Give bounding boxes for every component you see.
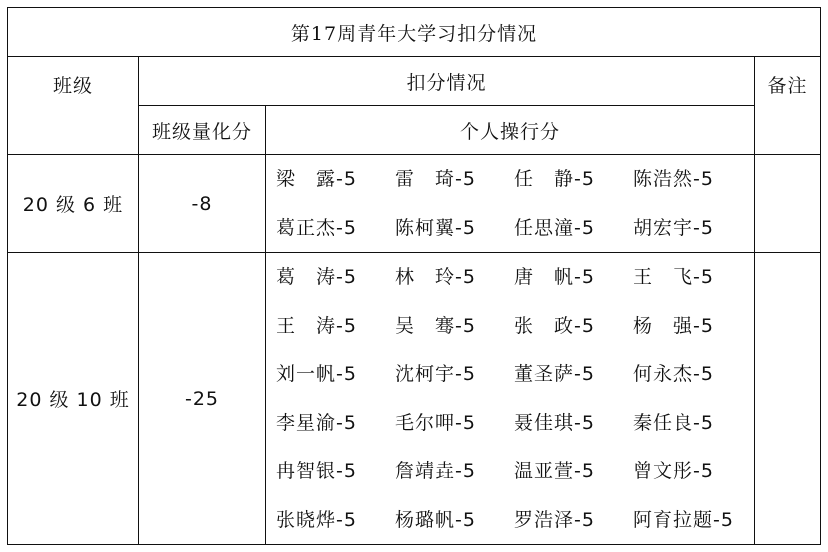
person-name: 罗浩泽 [514, 509, 574, 531]
class-name: 20 级 6 班 [8, 155, 139, 253]
names-grid: 葛 涛-5林 玲-5唐 帆-5王 飞-5王 涛-5吴 骞-5张 政-5杨 强-5… [276, 253, 754, 544]
person-entry: 李星渝-5 [276, 399, 395, 448]
person-score: -5 [336, 315, 357, 337]
person-score: -5 [574, 460, 595, 482]
person-entry: 葛正杰-5 [276, 204, 395, 253]
person-name: 胡宏宇 [633, 217, 693, 239]
person-score: -5 [574, 363, 595, 385]
person-name: 阿育拉题 [633, 509, 713, 531]
personal-scores-cell: 梁 露-5雷 琦-5任 静-5陈浩然-5葛正杰-5陈柯翼-5任思潼-5胡宏宇-5 [266, 155, 755, 253]
person-score: -5 [336, 509, 357, 531]
person-score: -5 [336, 266, 357, 288]
person-name: 陈浩然 [633, 168, 693, 190]
header-remark: 备注 [755, 57, 821, 155]
person-name: 任思潼 [514, 217, 574, 239]
person-entry: 陈浩然-5 [633, 155, 763, 204]
person-name: 张晓烨 [276, 509, 336, 531]
person-name: 王 涛 [276, 315, 336, 337]
person-score: -5 [455, 168, 476, 190]
person-score: -5 [574, 217, 595, 239]
class-score: -25 [139, 253, 266, 545]
person-entry: 葛 涛-5 [276, 253, 395, 302]
person-entry: 温亚萱-5 [514, 447, 633, 496]
person-entry: 吴 骞-5 [395, 302, 514, 351]
person-entry: 何永杰-5 [633, 350, 763, 399]
person-entry: 梁 露-5 [276, 155, 395, 204]
person-name: 梁 露 [276, 168, 336, 190]
person-score: -5 [455, 363, 476, 385]
person-score: -5 [455, 412, 476, 434]
person-score: -5 [336, 460, 357, 482]
person-entry: 陈柯翼-5 [395, 204, 514, 253]
person-name: 张 政 [514, 315, 574, 337]
person-score: -5 [336, 168, 357, 190]
person-name: 毛尔呷 [395, 412, 455, 434]
person-score: -5 [693, 168, 714, 190]
person-name: 冉智银 [276, 460, 336, 482]
table-row: 20 级 10 班 -25 葛 涛-5林 玲-5唐 帆-5王 飞-5王 涛-5吴… [8, 253, 821, 545]
person-entry: 胡宏宇-5 [633, 204, 763, 253]
person-name: 王 飞 [633, 266, 693, 288]
person-entry: 刘一帆-5 [276, 350, 395, 399]
person-score: -5 [693, 315, 714, 337]
person-score: -5 [574, 266, 595, 288]
person-entry: 罗浩泽-5 [514, 496, 633, 545]
table-title: 第17周青年大学习扣分情况 [8, 8, 821, 57]
person-entry: 唐 帆-5 [514, 253, 633, 302]
person-name: 陈柯翼 [395, 217, 455, 239]
person-name: 詹靖垚 [395, 460, 455, 482]
person-name: 葛正杰 [276, 217, 336, 239]
person-score: -5 [455, 315, 476, 337]
person-entry: 杨 强-5 [633, 302, 763, 351]
person-entry: 任 静-5 [514, 155, 633, 204]
person-entry: 雷 琦-5 [395, 155, 514, 204]
person-entry: 王 涛-5 [276, 302, 395, 351]
person-score: -5 [455, 217, 476, 239]
header-class: 班级 [8, 57, 139, 155]
person-entry: 张晓烨-5 [276, 496, 395, 545]
person-entry: 曾文彤-5 [633, 447, 763, 496]
person-entry: 阿育拉题-5 [633, 496, 763, 545]
person-score: -5 [574, 412, 595, 434]
person-name: 聂佳琪 [514, 412, 574, 434]
person-score: -5 [336, 412, 357, 434]
person-score: -5 [574, 315, 595, 337]
header-deduction: 扣分情况 [139, 57, 755, 106]
person-score: -5 [693, 266, 714, 288]
person-name: 何永杰 [633, 363, 693, 385]
person-score: -5 [713, 509, 734, 531]
person-entry: 詹靖垚-5 [395, 447, 514, 496]
person-name: 秦任良 [633, 412, 693, 434]
person-entry: 任思潼-5 [514, 204, 633, 253]
person-score: -5 [336, 363, 357, 385]
person-entry: 沈柯宇-5 [395, 350, 514, 399]
person-entry: 董圣萨-5 [514, 350, 633, 399]
person-score: -5 [455, 266, 476, 288]
person-name: 董圣萨 [514, 363, 574, 385]
person-score: -5 [693, 412, 714, 434]
class-name: 20 级 10 班 [8, 253, 139, 545]
person-entry: 秦任良-5 [633, 399, 763, 448]
person-score: -5 [693, 363, 714, 385]
person-name: 林 玲 [395, 266, 455, 288]
person-score: -5 [455, 460, 476, 482]
person-score: -5 [336, 217, 357, 239]
person-name: 曾文彤 [633, 460, 693, 482]
person-name: 吴 骞 [395, 315, 455, 337]
person-score: -5 [693, 460, 714, 482]
person-entry: 王 飞-5 [633, 253, 763, 302]
person-name: 温亚萱 [514, 460, 574, 482]
person-name: 葛 涛 [276, 266, 336, 288]
class-score: -8 [139, 155, 266, 253]
person-score: -5 [574, 509, 595, 531]
person-entry: 林 玲-5 [395, 253, 514, 302]
person-name: 李星渝 [276, 412, 336, 434]
person-name: 雷 琦 [395, 168, 455, 190]
person-entry: 聂佳琪-5 [514, 399, 633, 448]
personal-scores-cell: 葛 涛-5林 玲-5唐 帆-5王 飞-5王 涛-5吴 骞-5张 政-5杨 强-5… [266, 253, 755, 545]
names-grid: 梁 露-5雷 琦-5任 静-5陈浩然-5葛正杰-5陈柯翼-5任思潼-5胡宏宇-5 [276, 155, 754, 252]
person-entry: 张 政-5 [514, 302, 633, 351]
header-class-score: 班级量化分 [139, 106, 266, 155]
table-row: 20 级 6 班 -8 梁 露-5雷 琦-5任 静-5陈浩然-5葛正杰-5陈柯翼… [8, 155, 821, 253]
person-entry: 冉智银-5 [276, 447, 395, 496]
remark-cell [755, 253, 821, 545]
person-score: -5 [693, 217, 714, 239]
deduction-table: 第17周青年大学习扣分情况 班级 扣分情况 备注 班级量化分 个人操行分 20 … [7, 7, 821, 545]
person-name: 杨璐帆 [395, 509, 455, 531]
person-name: 刘一帆 [276, 363, 336, 385]
remark-cell [755, 155, 821, 253]
person-name: 唐 帆 [514, 266, 574, 288]
person-name: 沈柯宇 [395, 363, 455, 385]
person-entry: 杨璐帆-5 [395, 496, 514, 545]
person-score: -5 [455, 509, 476, 531]
person-entry: 毛尔呷-5 [395, 399, 514, 448]
person-score: -5 [574, 168, 595, 190]
person-name: 杨 强 [633, 315, 693, 337]
header-personal-score: 个人操行分 [266, 106, 755, 155]
person-name: 任 静 [514, 168, 574, 190]
